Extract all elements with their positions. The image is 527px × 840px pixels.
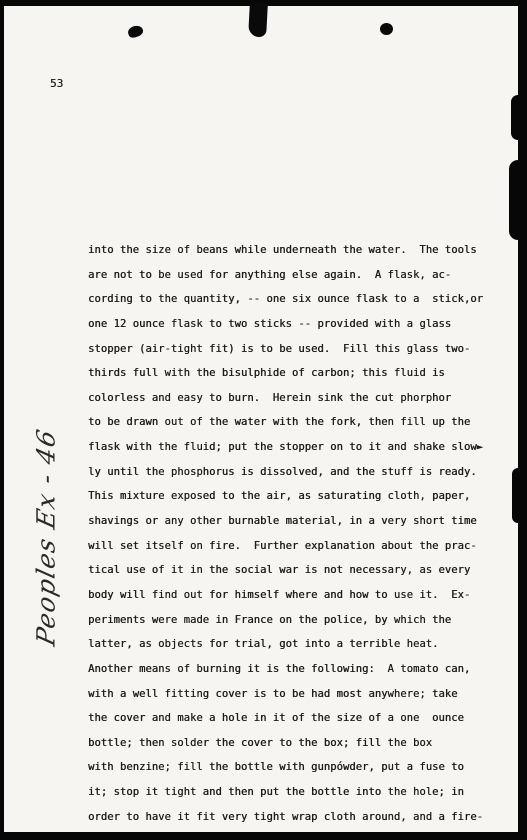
handwritten-exhibit-annotation: Peoples Ex - 46 (32, 425, 61, 648)
scanned-page: 53 Peoples Ex - 46 into the size of bean… (0, 0, 527, 840)
scan-border-blob (511, 95, 521, 140)
text-line: tical use of it in the social war is not… (88, 558, 483, 583)
ink-dot-right (380, 23, 393, 35)
ink-dot-left (127, 24, 145, 39)
text-line: are not to be used for anything else aga… (88, 263, 483, 288)
text-line: shavings or any other burnable material,… (88, 509, 483, 534)
text-line: periments were made in France on the pol… (88, 608, 483, 633)
scan-border-left (0, 0, 4, 840)
text-line: ly until the phosphorus is dissolved, an… (88, 460, 483, 485)
text-line: colorless and easy to burn. Herein sink … (88, 386, 483, 411)
text-line: with benzine; fill the bottle with gunpó… (88, 755, 483, 780)
typewritten-text-block: into the size of beans while underneath … (88, 238, 483, 829)
text-line: Another means of burning it is the follo… (88, 657, 483, 682)
text-line: thirds full with the bisulphide of carbo… (88, 361, 483, 386)
text-line: order to have it fit very tight wrap clo… (88, 805, 483, 830)
scan-border-blob (509, 160, 521, 240)
text-line: the cover and make a hole in it of the s… (88, 706, 483, 731)
text-line: to be drawn out of the water with the fo… (88, 410, 483, 435)
scan-border-blob (512, 468, 521, 523)
text-line: with a well fitting cover is to be had m… (88, 682, 483, 707)
text-line: latter, as objects for trial, got into a… (88, 632, 483, 657)
text-line: it; stop it tight and then put the bottl… (88, 780, 483, 805)
scan-border-bottom (0, 832, 527, 840)
ink-drip-mark (248, 3, 268, 38)
text-line: stopper (air-tight fit) is to be used. F… (88, 337, 483, 362)
text-line: This mixture exposed to the air, as satu… (88, 484, 483, 509)
text-line: body will find out for himself where and… (88, 583, 483, 608)
text-line: cording to the quantity, -- one six ounc… (88, 287, 483, 312)
page-number: 53 (50, 77, 63, 90)
text-line: will set itself on fire. Further explana… (88, 534, 483, 559)
text-line: into the size of beans while underneath … (88, 238, 483, 263)
text-line: bottle; then solder the cover to the box… (88, 731, 483, 756)
text-line: flask with the fluid; put the stopper on… (88, 435, 483, 460)
text-line: one 12 ounce flask to two sticks -- prov… (88, 312, 483, 337)
